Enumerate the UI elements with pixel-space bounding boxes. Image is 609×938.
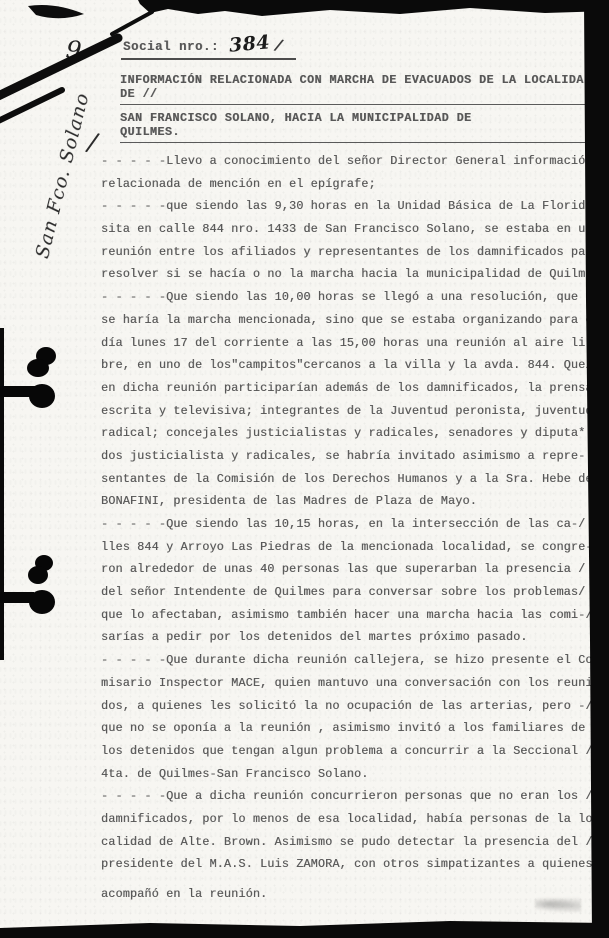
text-line: dos, a quienes les solicitó la no ocupac… (101, 695, 601, 718)
text-line: en dicha reunión participarían además de… (101, 377, 601, 400)
document-header: Social nro.:384/ (121, 33, 296, 59)
text-line: - - - - -Llevo a conocimiento del señor … (101, 150, 601, 173)
text-line: del señor Intendente de Quilmes para con… (101, 581, 601, 604)
handwritten-social-number: 384 (228, 31, 271, 57)
text-line: presidente del M.A.S. Luis ZAMORA, con o… (101, 853, 601, 876)
title-line-1: INFORMACIÓN RELACIONADA CON MARCHA DE EV… (120, 73, 609, 105)
body-text: - - - - -Llevo a conocimiento del señor … (101, 150, 601, 906)
text-line: los detenidos que tengan algun problema … (101, 740, 601, 763)
handwritten-slash-mark: / (274, 36, 284, 55)
social-number-line: Social nro.:384/ (121, 33, 296, 60)
text-line: damnificados, por lo menos de esa locali… (101, 808, 601, 831)
text-line: ron alrededor de unas 40 personas las qu… (101, 558, 601, 581)
text-line: 4ta. de Quilmes-San Francisco Solano. (101, 763, 601, 786)
text-line: que no se oponía a la reunión , asimismo… (101, 717, 601, 740)
text-line: BONAFINI, presidenta de las Madres de Pl… (101, 490, 601, 513)
text-line: dos justicialista y radicales, se habría… (101, 445, 601, 468)
scanned-document-page: { "page": { "paper_color": "#f7f6f2", "i… (0, 0, 609, 938)
social-label: Social nro.: (123, 40, 219, 54)
handwritten-page-number: 9 (65, 35, 83, 64)
text-line: - - - - -Que siendo las 10,00 horas se l… (101, 286, 601, 309)
text-line: sentantes de la Comisión de los Derechos… (101, 468, 601, 491)
scan-smudge (535, 896, 581, 912)
text-line: se haría la marcha mencionada, sino que … (101, 309, 601, 332)
text-line: calidad de Alte. Brown. Asimismo se pudo… (101, 831, 601, 854)
text-line: radical; concejales justicialistas y rad… (101, 422, 601, 445)
text-line: misario Inspector MACE, quien mantuvo un… (101, 672, 601, 695)
text-line: - - - - -que siendo las 9,30 horas en la… (101, 195, 601, 218)
text-line: sita en calle 844 nro. 1433 de San Franc… (101, 218, 601, 241)
text-line: sarías a pedir por los detenidos del mar… (101, 626, 601, 649)
text-line: relacionada de mención en el epígrafe; (101, 173, 601, 196)
document-title: INFORMACIÓN RELACIONADA CON MARCHA DE EV… (120, 73, 609, 149)
text-line: reunión entre los afiliados y representa… (101, 241, 601, 264)
text-line: - - - - -Que durante dicha reunión calle… (101, 649, 601, 672)
text-line: lles 844 y Arroyo Las Piedras de la menc… (101, 536, 601, 559)
text-line: bre, en uno de los"campitos"cercanos a l… (101, 354, 601, 377)
text-line: escrita y televisiva; integrantes de la … (101, 400, 601, 423)
text-line: - - - - -Que a dicha reunión concurriero… (101, 785, 601, 808)
text-line: acompañó en la reunión. (101, 883, 601, 906)
text-line: resolver si se hacía o no la marcha haci… (101, 263, 601, 286)
title-line-2: SAN FRANCISCO SOLANO, HACIA LA MUNICIPAL… (120, 111, 609, 143)
text-line: día lunes 17 del corriente a las 15,00 h… (101, 332, 601, 355)
text-line: que lo afectaban, asimismo también hacer… (101, 604, 601, 627)
text-line: - - - - -Que siendo las 10,15 horas, en … (101, 513, 601, 536)
